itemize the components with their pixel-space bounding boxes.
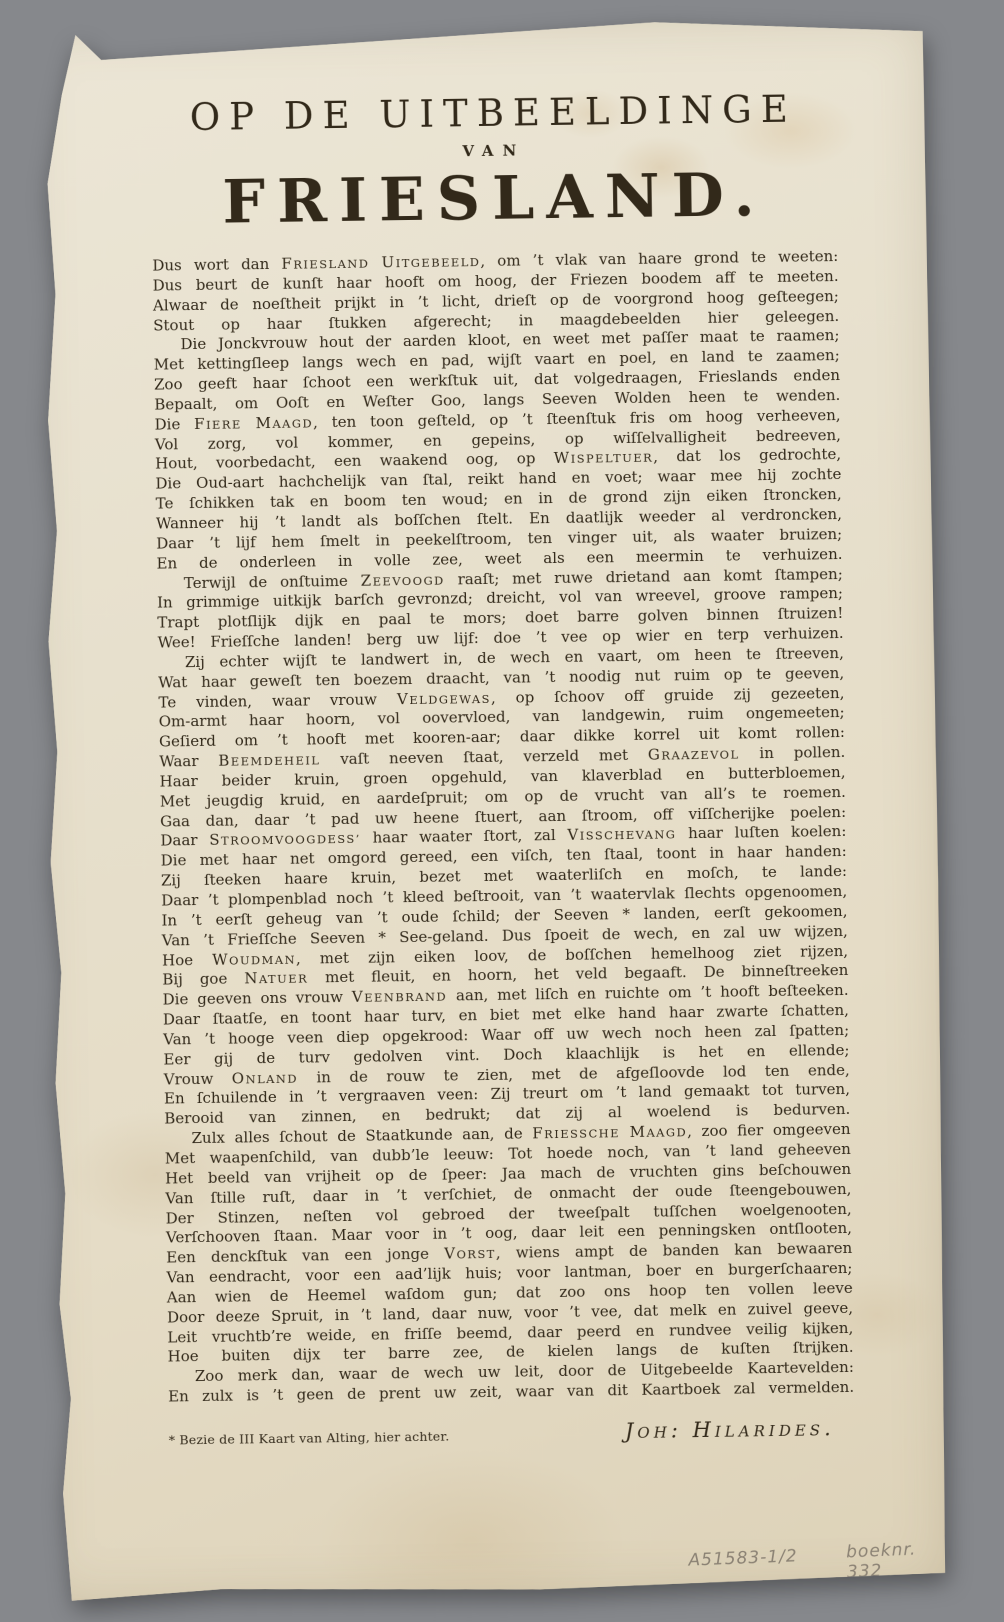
paper-background: OP DE UITBEELDINGE VAN FRIESLAND. Dus wo…: [19, 14, 949, 1605]
printed-content: OP DE UITBEELDINGE VAN FRIESLAND. Dus wo…: [19, 14, 947, 1451]
footer-row: * Bezie de III Kaart van Alting, hier ac…: [169, 1416, 855, 1450]
pencil-annotation-inventory: A51583-1/2: [688, 1546, 798, 1570]
footnote: * Bezie de III Kaart van Alting, hier ac…: [169, 1428, 450, 1447]
title-line-1: OP DE UITBEELDINGE: [150, 87, 837, 140]
poem: Dus wort dan FRIESLAND UITGEBEELD, om ’t…: [152, 247, 854, 1407]
document-sheet: OP DE UITBEELDINGE VAN FRIESLAND. Dus wo…: [19, 14, 949, 1605]
author-signature: Joh: Hilarides.: [625, 1416, 855, 1443]
title-block: OP DE UITBEELDINGE VAN FRIESLAND.: [150, 87, 838, 239]
pencil-annotation-booknr: boeknr. 332: [846, 1538, 950, 1582]
title-line-3: FRIESLAND.: [151, 159, 838, 239]
